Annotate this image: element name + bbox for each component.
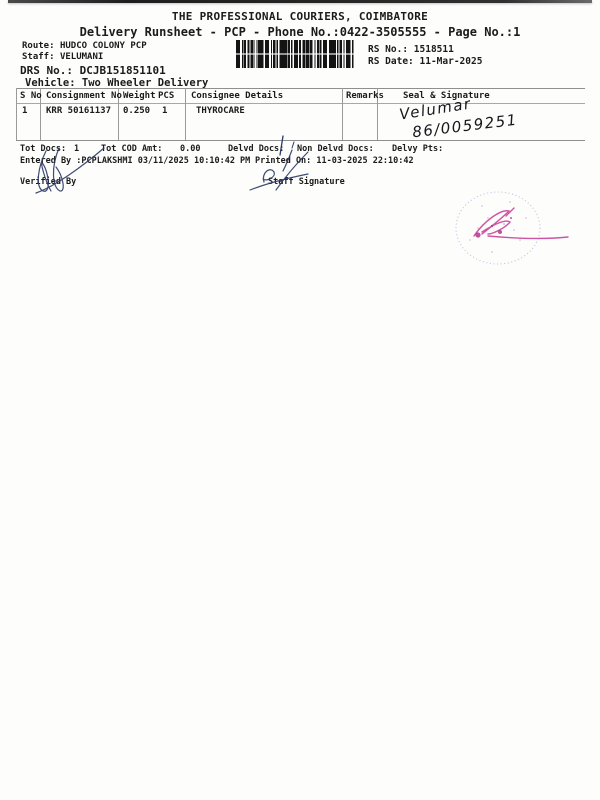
delvy-pts-label: Delvy Pts: <box>392 144 443 154</box>
staff-label: Staff: <box>22 52 55 62</box>
route-line: Route: HUDCO COLONY PCP <box>22 41 147 51</box>
table-row-cell-weight: 0.250 <box>123 106 150 116</box>
table-border-header <box>16 103 585 104</box>
route-value: HUDCO COLONY PCP <box>60 41 147 51</box>
scan-artifact-bar <box>8 0 592 3</box>
rs-no-value: 1518511 <box>414 44 454 55</box>
table-vline <box>342 88 343 140</box>
col-header-consignment: Consignment No <box>46 91 122 101</box>
page-title: THE PROFESSIONAL COURIERS, COIMBATORE <box>0 10 600 23</box>
table-row-cell-sno: 1 <box>22 106 27 116</box>
rs-date-label: RS Date: <box>368 56 414 67</box>
staff-line: Staff: VELUMANI <box>22 52 103 62</box>
table-vline <box>16 88 17 140</box>
route-label: Route: <box>22 41 55 51</box>
pen-scribble-staff-signature <box>240 148 328 194</box>
col-header-sno: S No <box>20 91 42 101</box>
rs-date-line: RS Date: 11-Mar-2025 <box>368 56 482 67</box>
rs-no-label: RS No.: <box>368 44 408 55</box>
col-header-weight: Weight <box>123 91 156 101</box>
pen-scribble-verified-by <box>30 141 125 197</box>
rs-no-line: RS No.: 1518511 <box>368 44 454 55</box>
rs-date-value: 11-Mar-2025 <box>420 56 483 67</box>
tot-cod-value: 0.00 <box>180 144 200 154</box>
delivery-runsheet-document: THE PROFESSIONAL COURIERS, COIMBATORE De… <box>0 0 600 800</box>
drs-no-label: DRS No.: <box>20 64 73 77</box>
drs-no-value: DCJB151851101 <box>80 64 166 77</box>
table-row-cell-consignee: THYROCARE <box>196 106 245 116</box>
barcode-icon <box>236 40 354 68</box>
col-header-consignee: Consignee Details <box>191 91 283 101</box>
round-ink-stamp-icon <box>448 188 590 270</box>
table-border-top <box>16 88 585 89</box>
table-row-cell-pcs: 1 <box>162 106 167 116</box>
col-header-pcs: PCS <box>158 91 174 101</box>
col-header-remarks: Remarks <box>346 91 384 101</box>
table-row-cell-consignment: KRR 50161137 <box>46 106 111 116</box>
staff-value: VELUMANI <box>60 52 103 62</box>
drs-no-line: DRS No.: DCJB151851101 <box>20 64 166 77</box>
table-vline <box>185 88 186 140</box>
page-subtitle: Delivery Runsheet - PCP - Phone No.:0422… <box>0 25 600 39</box>
